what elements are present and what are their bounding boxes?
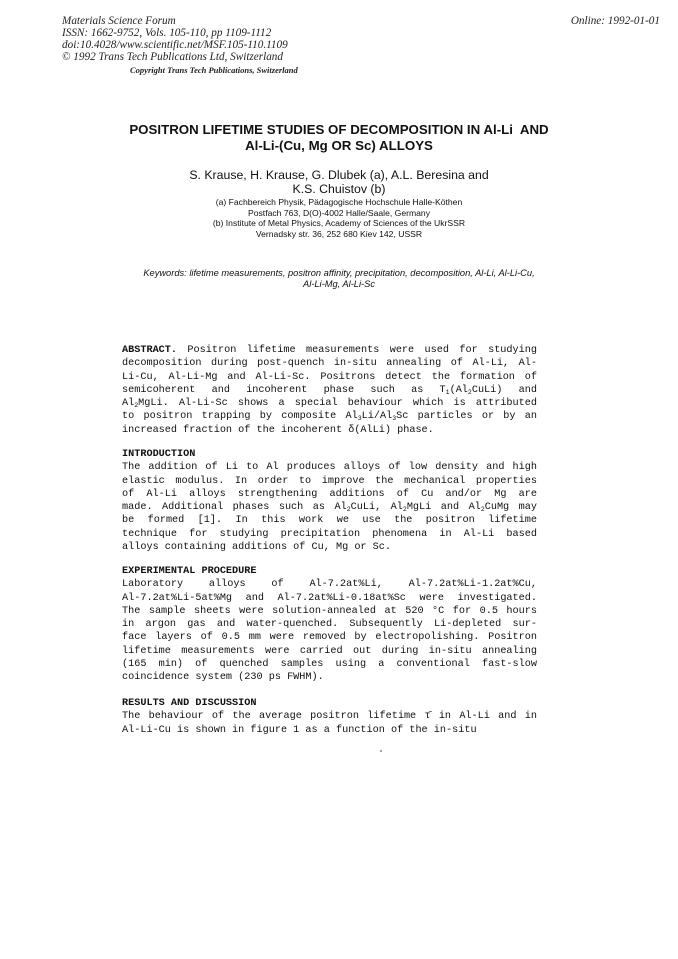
abstract-label: ABSTRACT. [122, 345, 177, 356]
body-line: The addition of Li to Al produces alloys… [122, 461, 537, 474]
affiliations: (a) Fachbereich Physik, Pädagogische Hoc… [0, 197, 678, 239]
body-line: technique for studying precipitation phe… [122, 528, 537, 541]
keywords-line-2: Al-Li-Mg, Al-Li-Sc [0, 279, 678, 290]
affiliation-line: Vernadsky str. 36, 252 680 Kiev 142, USS… [0, 229, 678, 240]
body-line: in argon gas and water-quenched. Subsequ… [122, 618, 537, 631]
affiliation-line: (b) Institute of Metal Physics, Academy … [0, 218, 678, 229]
section-heading: EXPERIMENTAL PROCEDURE [122, 565, 537, 578]
scan-speck [380, 750, 382, 752]
body-line: Laboratory alloys of Al-7.2at%Li, Al-7.2… [122, 578, 537, 591]
authors-line-2: K.S. Chuistov (b) [0, 182, 678, 196]
keywords: Keywords: lifetime measurements, positro… [0, 268, 678, 290]
issn-line: ISSN: 1662-9752, Vols. 105-110, pp 1109-… [62, 27, 288, 39]
body-line: face layers of 0.5 mm were removed by el… [122, 631, 537, 644]
section-heading: INTRODUCTION [122, 448, 537, 461]
abstract-line: to positron trapping by composite Al3Li/… [122, 410, 537, 423]
section-heading: RESULTS AND DISCUSSION [122, 697, 537, 710]
body-line: of Al-Li alloys strengthening additions … [122, 488, 537, 501]
body-line: be formed [1]. In this work we use the p… [122, 514, 537, 527]
authors: S. Krause, H. Krause, G. Dlubek (a), A.L… [0, 168, 678, 196]
title-line-1: POSITRON LIFETIME STUDIES OF DECOMPOSITI… [0, 122, 678, 138]
abstract-line: Li-Cu, Al-Li-Mg and Al-Li-Sc. Positrons … [122, 371, 537, 384]
authors-line-1: S. Krause, H. Krause, G. Dlubek (a), A.L… [0, 168, 678, 182]
copyright-notice: Copyright Trans Tech Publications, Switz… [130, 65, 298, 75]
abstract-section: ABSTRACT. Positron lifetime measurements… [122, 344, 537, 437]
body-line: alloys containing additions of Cu, Mg or… [122, 541, 537, 554]
body-line: lifetime measurements were carried out d… [122, 645, 537, 658]
body-line: The behaviour of the average positron li… [122, 710, 537, 723]
paper-title: POSITRON LIFETIME STUDIES OF DECOMPOSITI… [0, 122, 678, 154]
body-line: made. Additional phases such as Al2CuLi,… [122, 501, 537, 514]
body-line: Al-Li-Cu is shown in figure 1 as a funct… [122, 724, 537, 737]
journal-header: Materials Science Forum ISSN: 1662-9752,… [62, 15, 288, 63]
introduction-section: INTRODUCTION The addition of Li to Al pr… [122, 448, 537, 554]
journal-name: Materials Science Forum [62, 15, 288, 27]
experimental-section: EXPERIMENTAL PROCEDURE Laboratory alloys… [122, 565, 537, 685]
keywords-line-1: Keywords: lifetime measurements, positro… [0, 268, 678, 279]
abstract-line: increased fraction of the incoherent δ(A… [122, 424, 537, 437]
abstract-line: semicoherent and incoherent phase such a… [122, 384, 537, 397]
body-line: Al-7.2at%Li-5at%Mg and Al-7.2at%Li-0.18a… [122, 592, 537, 605]
affiliation-line: (a) Fachbereich Physik, Pädagogische Hoc… [0, 197, 678, 208]
abstract-line: decomposition during post-quench in-situ… [122, 357, 537, 370]
results-section: RESULTS AND DISCUSSION The behaviour of … [122, 697, 537, 737]
online-date: Online: 1992-01-01 [571, 15, 660, 27]
doi-line: doi:10.4028/www.scientific.net/MSF.105-1… [62, 39, 288, 51]
body-line: coincidence system (230 ps FWHM). [122, 671, 537, 684]
body-line: elastic modulus. In order to improve the… [122, 475, 537, 488]
body-line: The sample sheets were solution-annealed… [122, 605, 537, 618]
title-line-2: Al-Li-(Cu, Mg OR Sc) ALLOYS [0, 138, 678, 154]
copyright-line: © 1992 Trans Tech Publications Ltd, Swit… [62, 51, 288, 63]
abstract-line: Al2MgLi. Al-Li-Sc shows a special behavi… [122, 397, 537, 410]
affiliation-line: Postfach 763, D(O)-4002 Halle/Saale, Ger… [0, 208, 678, 219]
body-line: (165 min) of quenched samples using a co… [122, 658, 537, 671]
